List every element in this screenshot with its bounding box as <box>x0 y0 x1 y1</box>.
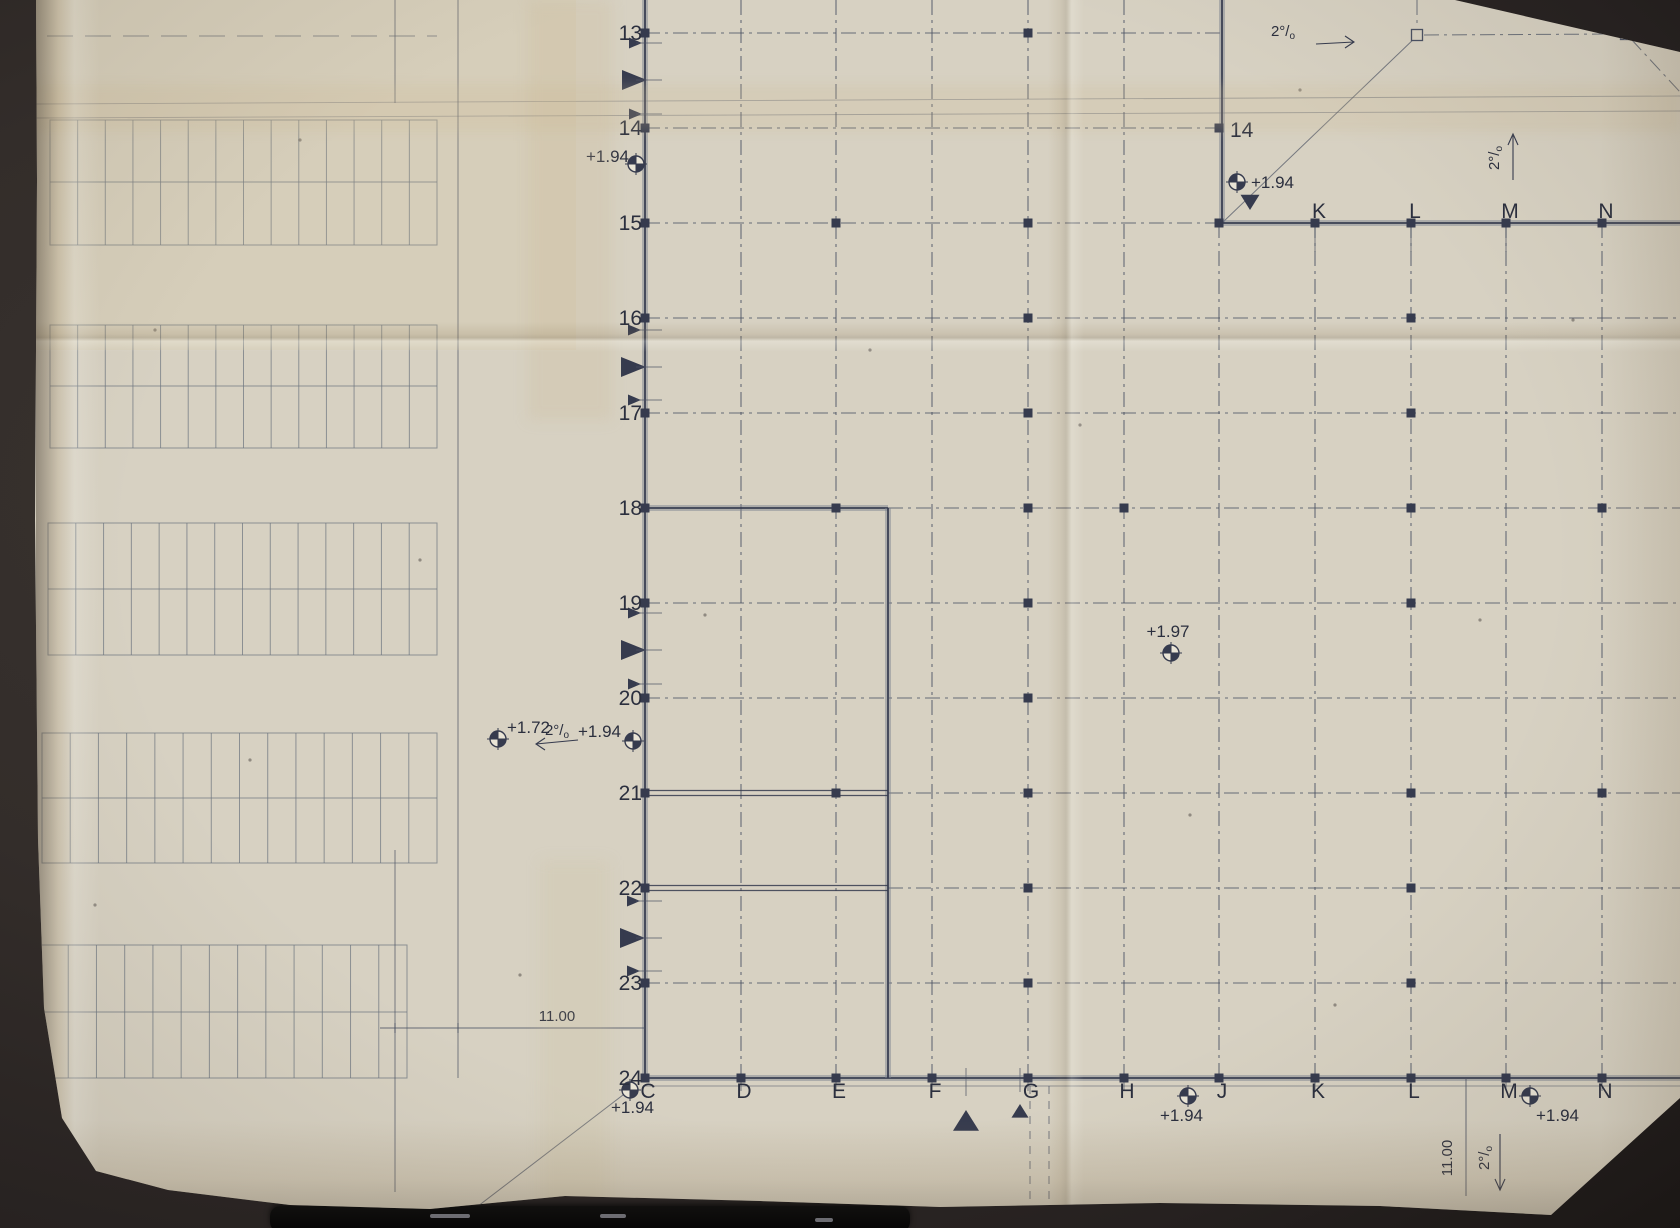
benchmark-icon <box>630 1090 638 1098</box>
column-label-N: N <box>1597 1080 1612 1103</box>
benchmark-icon <box>1229 174 1237 182</box>
paper-speck <box>298 138 301 141</box>
column-label-C: C <box>640 1080 655 1103</box>
row-label-15: 15 <box>619 212 642 235</box>
benchmark-icon <box>633 741 641 749</box>
paper-speck <box>1188 813 1191 816</box>
column-marker <box>1407 599 1416 608</box>
row-label-24: 24 <box>619 1067 643 1090</box>
column-label-J: J <box>1217 1080 1228 1103</box>
benchmark-value: +1.94 <box>1160 1106 1203 1125</box>
column-marker <box>832 219 841 228</box>
benchmark-value: +1.94 <box>1536 1106 1579 1125</box>
column-marker <box>1024 409 1033 418</box>
column-label-E: E <box>832 1080 846 1103</box>
row-label-22: 22 <box>619 877 642 900</box>
paper-speck <box>153 328 156 331</box>
column-label-G: G <box>1023 1080 1039 1103</box>
benchmark-icon <box>490 731 498 739</box>
paper-speck <box>703 613 706 616</box>
column-label-M: M <box>1500 1080 1518 1103</box>
column-marker <box>1598 504 1607 513</box>
column-marker <box>1407 979 1416 988</box>
column-marker <box>1407 789 1416 798</box>
entrance-marker <box>1012 1104 1029 1118</box>
stapler-glint <box>815 1218 833 1222</box>
column-marker <box>1024 979 1033 988</box>
entrance-marker <box>953 1110 979 1131</box>
benchmark-icon <box>1188 1096 1196 1104</box>
slope-label: 2°/o <box>1486 146 1505 171</box>
slope-label: 2°/o <box>545 722 570 741</box>
paper-speck <box>1078 423 1081 426</box>
column-marker <box>1215 124 1224 133</box>
row-label-13: 13 <box>619 22 642 45</box>
benchmark-icon <box>1522 1088 1530 1096</box>
top-column-label-N: N <box>1598 200 1613 223</box>
column-label-D: D <box>736 1080 751 1103</box>
blueprint-sheet: +1.94+1.72+1.94+1.94+1.97+1.94+1.94+1.94… <box>0 0 1680 1228</box>
column-marker <box>1024 884 1033 893</box>
top-column-label-L: L <box>1409 200 1421 223</box>
column-marker <box>1407 504 1416 513</box>
row-label-23: 23 <box>619 972 642 995</box>
column-marker <box>1407 314 1416 323</box>
stapler-object <box>270 1206 910 1228</box>
benchmark-icon <box>628 156 636 164</box>
column-marker <box>1024 29 1033 38</box>
stapler-glint <box>600 1214 626 1218</box>
column-marker <box>1024 789 1033 798</box>
paper-speck <box>418 558 421 561</box>
benchmark-icon <box>1237 182 1245 190</box>
row-label-21: 21 <box>619 782 642 805</box>
benchmark-value: +1.94 <box>578 722 621 741</box>
paper-speck <box>1298 88 1301 91</box>
column-marker <box>1407 884 1416 893</box>
dimension-value: 11.00 <box>1439 1140 1456 1176</box>
dashdot-line <box>1424 34 1619 35</box>
paper-speck <box>1333 1003 1336 1006</box>
column-marker <box>1215 219 1224 228</box>
site-plan-drawing: +1.94+1.72+1.94+1.94+1.97+1.94+1.94+1.94… <box>0 0 1680 1228</box>
column-marker <box>1024 219 1033 228</box>
benchmark-icon <box>1530 1096 1538 1104</box>
benchmark-value: +1.94 <box>586 147 629 166</box>
row-label-20: 20 <box>619 687 642 710</box>
column-label-K: K <box>1311 1080 1325 1103</box>
benchmark-icon <box>625 733 633 741</box>
benchmark-value: +1.94 <box>1251 173 1294 192</box>
column-label-L: L <box>1408 1080 1420 1103</box>
paper-speck <box>93 903 96 906</box>
row-label-17: 17 <box>619 402 642 425</box>
slope-label: 2°/o <box>1271 23 1296 42</box>
faint-road-line <box>36 111 1680 118</box>
slope-arrow <box>536 740 578 744</box>
row-label-16: 16 <box>619 307 642 330</box>
slope-label: 2°/o <box>1476 1146 1495 1171</box>
benchmark-icon <box>1171 653 1179 661</box>
column-marker <box>832 789 841 798</box>
benchmark-icon <box>1180 1088 1188 1096</box>
column-marker <box>1024 504 1033 513</box>
column-marker <box>1024 599 1033 608</box>
column-marker <box>1024 694 1033 703</box>
top-column-label-K: K <box>1312 200 1326 223</box>
column-marker <box>1120 504 1129 513</box>
slope-arrow <box>1316 42 1354 44</box>
roof-drain-marker <box>1412 30 1423 41</box>
benchmark-value: +1.72 <box>507 718 550 737</box>
paper-speck <box>1478 618 1481 621</box>
row-label-14-right: 14 <box>1230 119 1254 142</box>
benchmark-icon <box>498 739 506 747</box>
column-label-H: H <box>1119 1080 1134 1103</box>
column-marker <box>1598 789 1607 798</box>
column-label-F: F <box>929 1080 942 1103</box>
top-column-label-M: M <box>1501 200 1519 223</box>
column-marker <box>832 504 841 513</box>
column-marker <box>1024 314 1033 323</box>
photo-of-site-plan: +1.94+1.72+1.94+1.94+1.97+1.94+1.94+1.94… <box>0 0 1680 1228</box>
stapler-glint <box>430 1214 470 1218</box>
paper-speck <box>1571 318 1574 321</box>
benchmark-icon <box>1163 645 1171 653</box>
benchmark-value: +1.97 <box>1146 622 1189 641</box>
row-label-14: 14 <box>619 117 643 140</box>
paper-speck <box>248 758 251 761</box>
row-label-18: 18 <box>619 497 642 520</box>
row-label-19: 19 <box>619 592 642 615</box>
paper-speck <box>868 348 871 351</box>
dimension-value: 11.00 <box>539 1008 575 1025</box>
faint-road-line <box>36 96 1680 104</box>
paper-speck <box>518 973 521 976</box>
column-marker <box>1407 409 1416 418</box>
